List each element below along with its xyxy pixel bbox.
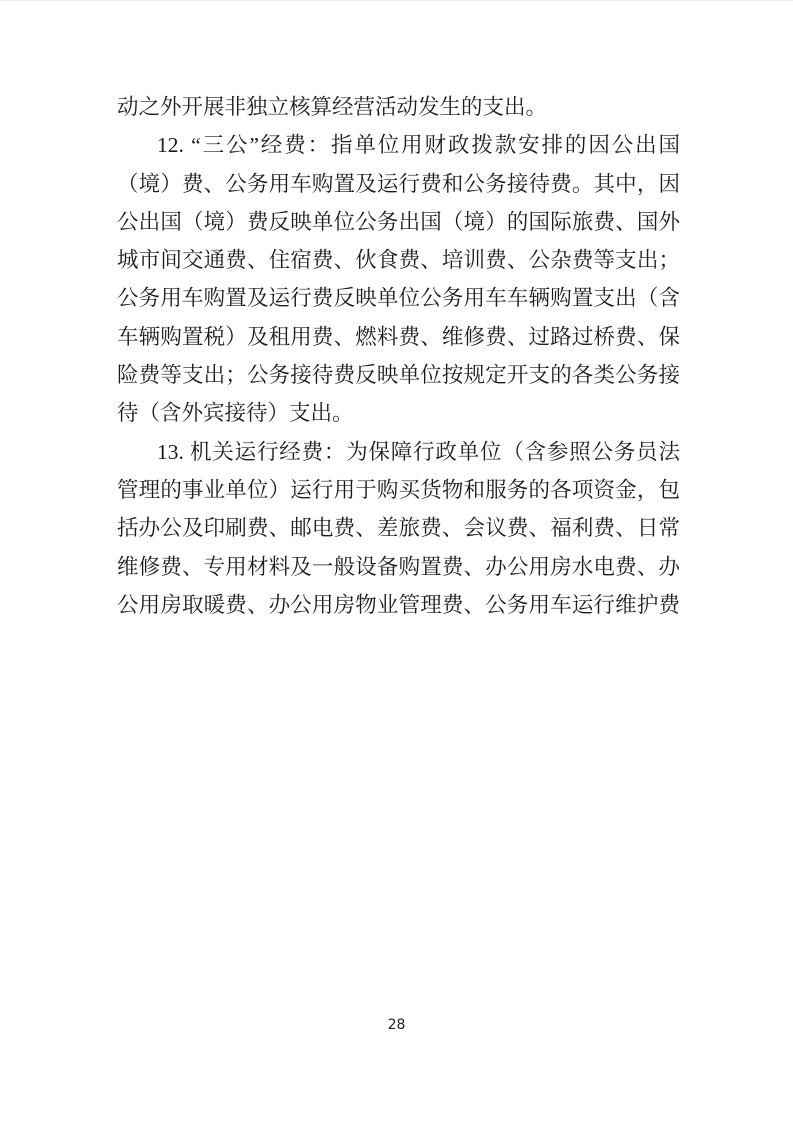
text-line: 维修费、专用材料及一般设备购置费、办公用房水电费、办	[117, 548, 680, 586]
paragraph-item-12: 12. “三公”经费：指单位用财政拨款安排的因公出国（境）费、公务用车购置及运行…	[117, 126, 680, 432]
text-line: 公出国（境）费反映单位公务出国（境）的国际旅费、国外	[117, 203, 680, 241]
text-line: 管理的事业单位）运行用于购买货物和服务的各项资金，包	[117, 471, 680, 509]
text-line: 城市间交通费、住宿费、伙食费、培训费、公杂费等支出；	[117, 241, 680, 279]
document-page: 动之外开展非独立核算经营活动发生的支出。12. “三公”经费：指单位用财政拨款安…	[0, 0, 793, 1123]
text-line: 公用房取暖费、办公用房物业管理费、公务用车运行维护费	[117, 586, 680, 624]
text-line: 13. 机关运行经费：为保障行政单位（含参照公务员法	[117, 433, 680, 471]
text-line: 公务用车购置及运行费反映单位公务用车车辆购置支出（含	[117, 279, 680, 317]
text-line: 括办公及印刷费、邮电费、差旅费、会议费、福利费、日常	[117, 509, 680, 547]
text-line: 动之外开展非独立核算经营活动发生的支出。	[117, 88, 680, 126]
text-line: （境）费、公务用车购置及运行费和公务接待费。其中，因	[117, 165, 680, 203]
paragraph-item-13: 13. 机关运行经费：为保障行政单位（含参照公务员法管理的事业单位）运行用于购买…	[117, 433, 680, 624]
page-number: 28	[0, 1017, 793, 1033]
document-body: 动之外开展非独立核算经营活动发生的支出。12. “三公”经费：指单位用财政拨款安…	[117, 88, 680, 624]
text-line: 险费等支出；公务接待费反映单位按规定开支的各类公务接	[117, 356, 680, 394]
text-line: 车辆购置税）及租用费、燃料费、维修费、过路过桥费、保	[117, 318, 680, 356]
text-line: 待（含外宾接待）支出。	[117, 394, 680, 432]
text-line: 12. “三公”经费：指单位用财政拨款安排的因公出国	[117, 126, 680, 164]
paragraph-continuation: 动之外开展非独立核算经营活动发生的支出。	[117, 88, 680, 126]
